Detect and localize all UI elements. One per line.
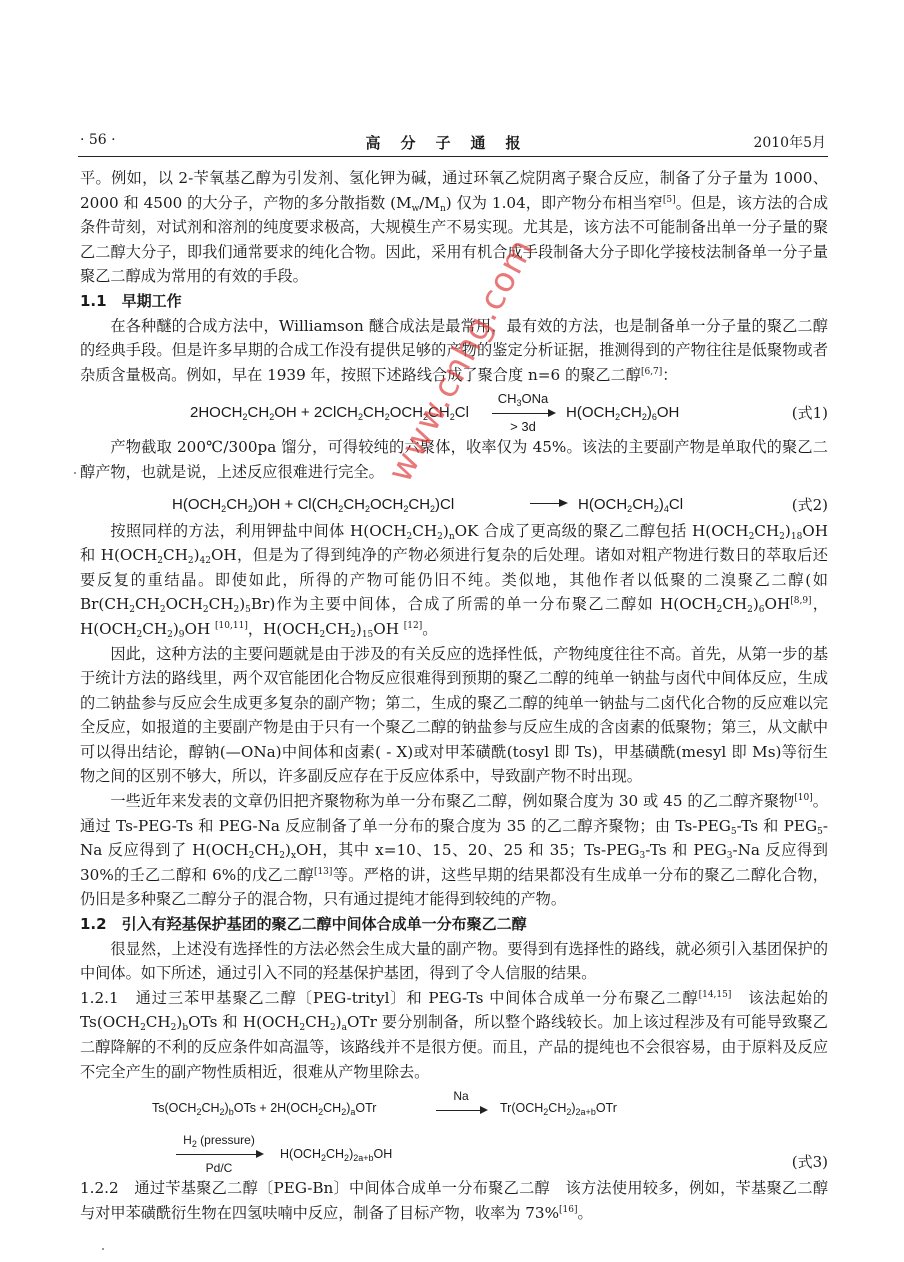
eq2-reactants: H(OCH2CH2)OH + Cl(CH2CH2OCH2CH2)Cl [172, 493, 454, 518]
paragraph-selectivity-problems: 因此，这种方法的主要问题就是由于涉及的有关反应的选择性低，产物纯度往往不高。首先… [80, 642, 828, 790]
paragraph-potassium-salt: 按照同样的方法，利用钾盐中间体 H(OCH2CH2)nOK 合成了更高级的聚乙二… [80, 519, 828, 642]
section-heading-1-1: 1.1 早期工作 [80, 289, 828, 314]
citation: [6,7] [641, 367, 662, 377]
eq2-product: H(OCH2CH2)4Cl [578, 493, 683, 518]
equation-2: H(OCH2CH2)OH + Cl(CH2CH2OCH2CH2)Cl H(OCH… [80, 491, 828, 519]
journal-title: 高分子通报 [80, 132, 826, 153]
citation: [12] [404, 621, 422, 631]
equation-tag: (式1) [792, 401, 828, 426]
arrow-condition-above: H2 (pressure) [176, 1128, 262, 1153]
eq3-step1-reactants: Ts(OCH2CH2)bOTs + 2H(OCH2CH2)aOTr [152, 1096, 376, 1121]
citation: [10,11] [215, 621, 248, 631]
reaction-arrow: H2 (pressure) Pd/C [176, 1128, 262, 1180]
citation: [14,15] [699, 990, 732, 1000]
subsection-1-2-2: 1.2.2 通过苄基聚乙二醇〔PEG-Bn〕中间体合成单一分布聚乙二醇 该方法使… [80, 1176, 828, 1225]
scan-speck [74, 472, 76, 474]
citation: [13] [314, 867, 332, 877]
header-rule [78, 156, 828, 157]
citation: [16] [559, 1205, 577, 1215]
paragraph-intro: 平。例如，以 2-苄氧基乙醇为引发剂、氢化钾为碱，通过环氧乙烷阴离子聚合反应，制… [80, 166, 828, 289]
equation-1: 2HOCH2CH2OH + 2ClCH2CH2OCH2CH2Cl CH3ONa … [80, 387, 828, 431]
citation: [8,9] [790, 596, 811, 606]
paper-page: · 56 · 高分子通报 2010年5月 平。例如，以 2-苄氧基乙醇为引发剂、… [0, 0, 904, 1262]
eq3-intermediate: Tr(OCH2CH2)2a+bOTr [500, 1096, 617, 1121]
citation: [5] [663, 195, 676, 205]
article-body: 平。例如，以 2-苄氧基乙醇为引发剂、氢化钾为碱，通过环氧乙烷阴离子聚合反应，制… [80, 166, 828, 1225]
subsection-1-2-1: 1.2.1 通过三苯甲基聚乙二醇〔PEG-trityl〕和 PEG-Ts 中间体… [80, 986, 828, 1084]
issue-date: 2010年5月 [753, 132, 826, 152]
equation-3: Ts(OCH2CH2)bOTs + 2H(OCH2CH2)aOTr Na Tr(… [80, 1084, 828, 1176]
section-heading-1-2: 1.2 引入有羟基保护基团的聚乙二醇中间体合成单一分布聚乙二醇 [80, 912, 828, 937]
paragraph-protecting-groups: 很显然，上述没有选择性的方法必然会生成大量的副产物。要得到有选择性的路线，就必须… [80, 937, 828, 986]
eq3-product: H(OCH2CH2)2a+bOH [280, 1142, 392, 1167]
paragraph-product-yield: 产物截取 200℃/300pa 馏分，可得较纯的六聚体，收率仅为 45%。该法的… [80, 435, 828, 484]
reaction-arrow: Na [436, 1084, 486, 1112]
equation-tag: (式3) [792, 1150, 828, 1175]
scan-speck [102, 1248, 104, 1250]
reaction-arrow: CH3ONa > 3d [492, 387, 554, 439]
paragraph-recent-work: 一些近年来发表的文章仍旧把齐聚物称为单一分布聚乙二醇，例如聚合度为 30 或 4… [80, 789, 828, 912]
citation: [10] [794, 793, 812, 803]
eq1-product: H(OCH2CH2)6OH [566, 401, 679, 426]
subsection-title: 通过三苯甲基聚乙二醇〔PEG-trityl〕和 PEG-Ts 中间体合成单一分布… [136, 989, 699, 1007]
subsection-title: 通过苄基聚乙二醇〔PEG-Bn〕中间体合成单一分布聚乙二醇 [134, 1179, 550, 1197]
reaction-arrow [530, 503, 566, 504]
equation-tag: (式2) [792, 493, 828, 518]
arrow-condition-below: > 3d [492, 415, 554, 440]
arrow-condition-above: Na [436, 1084, 486, 1109]
subsection-number: 1.2.1 [80, 989, 119, 1007]
arrow-condition-below: Pd/C [176, 1156, 262, 1181]
eq1-reactants: 2HOCH2CH2OH + 2ClCH2CH2OCH2CH2Cl [190, 401, 469, 426]
arrow-condition-above: CH3ONa [492, 387, 554, 412]
running-header: · 56 · 高分子通报 2010年5月 [80, 132, 826, 156]
subsection-number: 1.2.2 [80, 1179, 119, 1197]
paragraph-williamson: 在各种醚的合成方法中，Williamson 醚合成法是最常用，最有效的方法，也是… [80, 314, 828, 388]
